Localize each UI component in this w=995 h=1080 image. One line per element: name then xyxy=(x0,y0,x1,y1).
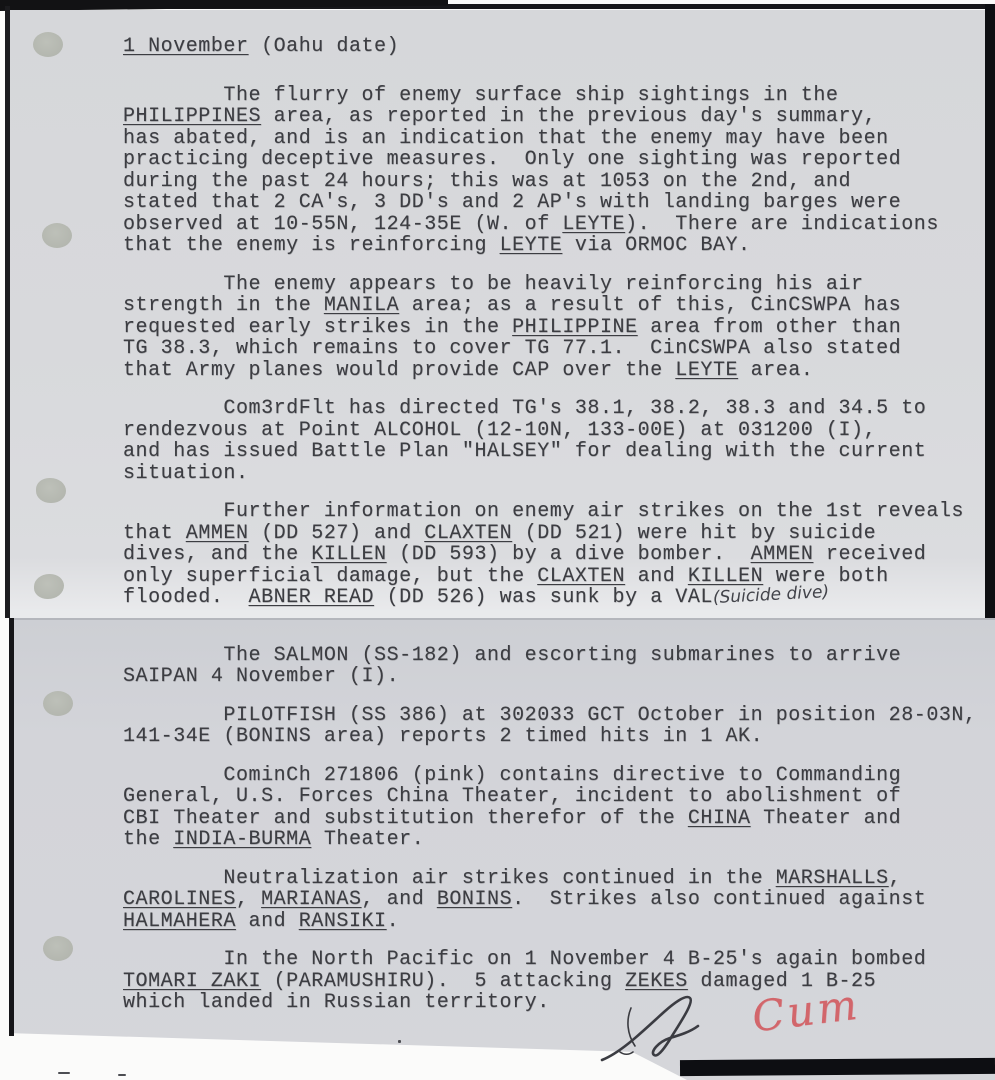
paragraph-5: The SALMON (SS-182) and escorting submar… xyxy=(123,645,993,688)
text-line: observed at 10-55N, 124-35E (W. of LEYTE… xyxy=(123,214,993,236)
text-line: The SALMON (SS-182) and escorting submar… xyxy=(123,645,993,667)
text-line: dives, and the KILLEN (DD 593) by a dive… xyxy=(123,544,993,566)
text-line: HALMAHERA and RANSIKI. xyxy=(123,911,993,933)
text-line: strength in the MANILA area; as a result… xyxy=(123,295,993,317)
underlying-page-edge xyxy=(680,1058,995,1076)
text-line: 141-34E (BONINS area) reports 2 timed hi… xyxy=(123,726,993,748)
text-line: which landed in Russian territory. xyxy=(123,992,993,1014)
scan-left-edge-lower xyxy=(9,618,14,1036)
paragraph-8: Neutralization air strikes continued in … xyxy=(123,868,993,933)
punch-hole xyxy=(43,691,73,716)
punch-hole xyxy=(43,936,73,961)
paragraph-9: In the North Pacific on 1 November 4 B-2… xyxy=(123,949,993,1014)
text-line: Neutralization air strikes continued in … xyxy=(123,868,993,890)
text-line: stated that 2 CA's, 3 DD's and 2 AP's wi… xyxy=(123,192,993,214)
text-line: that Army planes would provide CAP over … xyxy=(123,360,993,382)
text-line: CBI Theater and substitution therefor of… xyxy=(123,808,993,830)
scan-speck xyxy=(398,1040,401,1043)
text-line: and has issued Battle Plan "HALSEY" for … xyxy=(123,441,993,463)
text-line: SAIPAN 4 November (I). xyxy=(123,666,993,688)
paragraph-6: PILOTFISH (SS 386) at 302033 GCT October… xyxy=(123,705,993,748)
text-line: Com3rdFlt has directed TG's 38.1, 38.2, … xyxy=(123,398,993,420)
document-body: 1 November (Oahu date) The flurry of ene… xyxy=(123,36,993,1031)
paragraph-4: Further information on enemy air strikes… xyxy=(123,501,993,609)
pen-scratch-mark-icon xyxy=(615,1006,645,1061)
paragraph-2: The enemy appears to be heavily reinforc… xyxy=(123,274,993,382)
paragraph-1: The flurry of enemy surface ship sightin… xyxy=(123,85,993,257)
text-line: CominCh 271806 (pink) contains directive… xyxy=(123,765,993,787)
text-line: In the North Pacific on 1 November 4 B-2… xyxy=(123,949,993,971)
text-line: Further information on enemy air strikes… xyxy=(123,501,993,523)
text-line: the INDIA-BURMA Theater. xyxy=(123,829,993,851)
text-line: that AMMEN (DD 527) and CLAXTEN (DD 521)… xyxy=(123,523,993,545)
text-line: practicing deceptive measures. Only one … xyxy=(123,149,993,171)
scan-speck xyxy=(118,1074,126,1076)
text-line: TOMARI ZAKI (PARAMUSHIRU). 5 attacking Z… xyxy=(123,971,993,993)
text-line: TG 38.3, which remains to cover TG 77.1.… xyxy=(123,338,993,360)
text-line: CAROLINES, MARIANAS, and BONINS. Strikes… xyxy=(123,889,993,911)
text-line: PILOTFISH (SS 386) at 302033 GCT October… xyxy=(123,705,993,727)
text-line: that the enemy is reinforcing LEYTE via … xyxy=(123,235,993,257)
text-line: rendezvous at Point ALCOHOL (12-10N, 133… xyxy=(123,420,993,442)
text-line: flooded. ABNER READ (DD 526) was sunk by… xyxy=(123,587,993,609)
punch-hole xyxy=(33,32,63,57)
text-line: 1 November (Oahu date) xyxy=(123,36,993,58)
text-line: requested early strikes in the PHILIPPIN… xyxy=(123,317,993,339)
punch-hole xyxy=(36,478,66,503)
text-line: only superficial damage, but the CLAXTEN… xyxy=(123,566,993,588)
text-line: PHILIPPINES area, as reported in the pre… xyxy=(123,106,993,128)
text-line: situation. xyxy=(123,463,993,485)
document-date-heading: 1 November (Oahu date) xyxy=(123,36,993,58)
paragraph-7: CominCh 271806 (pink) contains directive… xyxy=(123,765,993,851)
text-line: has abated, and is an indication that th… xyxy=(123,128,993,150)
punch-hole xyxy=(42,223,72,248)
text-line: General, U.S. Forces China Theater, inci… xyxy=(123,786,993,808)
text-line: The enemy appears to be heavily reinforc… xyxy=(123,274,993,296)
scan-speck xyxy=(58,1072,70,1074)
document-paragraphs: The flurry of enemy surface ship sightin… xyxy=(123,85,993,1014)
text-line: The flurry of enemy surface ship sightin… xyxy=(123,85,993,107)
paragraph-3: Com3rdFlt has directed TG's 38.1, 38.2, … xyxy=(123,398,993,484)
handwritten-annotation: (Suicide dive) xyxy=(712,582,829,610)
text-line: during the past 24 hours; this was at 10… xyxy=(123,171,993,193)
